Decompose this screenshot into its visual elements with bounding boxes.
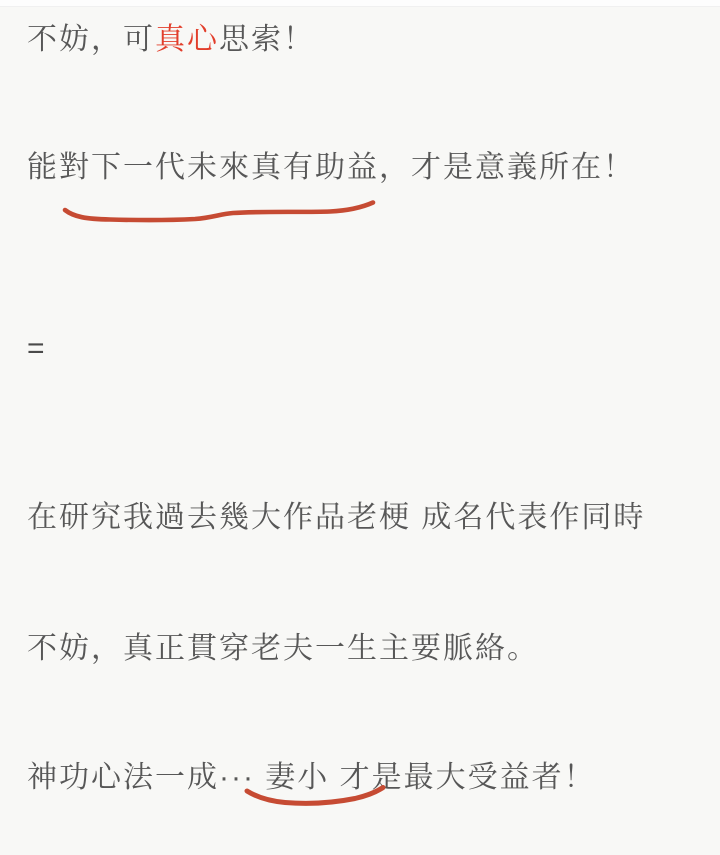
top-strip [0,0,720,7]
paragraph-5: 不妨，真正貫穿老夫一生主要脈絡。 [27,630,539,668]
paragraph-4: 在研究我過去幾大作品老梗 成名代表作同時 [27,499,645,537]
document-page: 不妨，可真心思索！ 能對下一代未來真有助益，才是意義所在！ = 在研究我過去幾大… [0,0,720,855]
hand-drawn-underline-1 [58,196,383,226]
paragraph-1-red-emphasis: 真心 [155,23,219,56]
paragraph-1-text-tail: 思索！ [219,23,315,56]
paragraph-2: 能對下一代未來真有助益，才是意義所在！ [27,149,635,187]
paragraph-3-equals-sign: = [27,330,47,368]
paragraph-1-text: 不妨，可 [27,23,155,56]
paragraph-1: 不妨，可真心思索！ [27,21,315,59]
paragraph-6: 神功心法一成··· 妻小 才是最大受益者！ [27,759,596,797]
